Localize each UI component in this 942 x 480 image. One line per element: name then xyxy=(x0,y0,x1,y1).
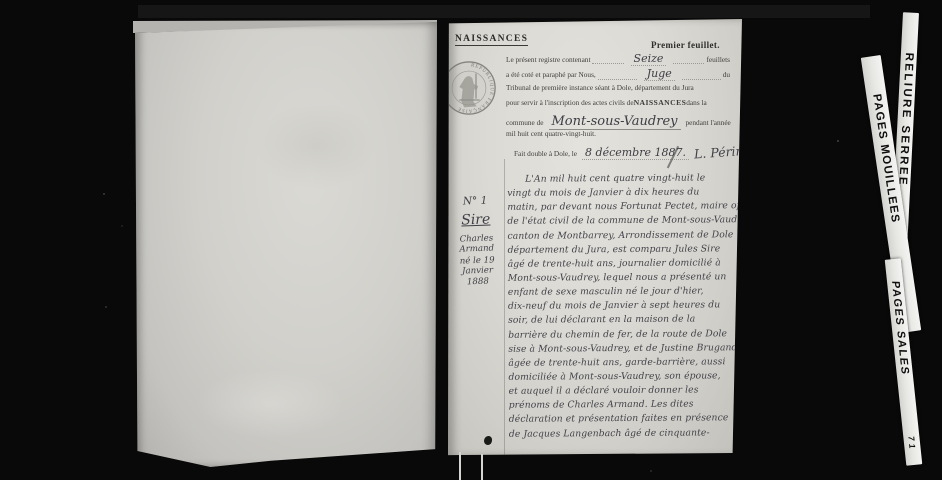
margin-note-line: Charles Armand xyxy=(449,234,505,256)
dotted-rule xyxy=(592,62,623,64)
form-line-4: pour servir à l'inscription des actes ci… xyxy=(506,98,730,113)
seal-base xyxy=(459,99,479,101)
handwritten-entry: Juge xyxy=(644,67,675,81)
printed-text: Le présent registre contenant xyxy=(506,55,590,64)
act-text-line: département du Jura, est comparu Jules S… xyxy=(508,242,736,258)
form-line-7: Fait double à Dole, le8 décembre 1887.L.… xyxy=(506,144,730,159)
dust-specks xyxy=(103,193,105,195)
act-text-line: domiciliée à Mont-sous-Vaudrey, son épou… xyxy=(508,369,736,385)
margin-rule-line xyxy=(504,159,505,457)
backdrop-edge xyxy=(138,5,870,18)
printed-text: commune de xyxy=(506,118,544,127)
margin-note-line: né le 19 Janvier xyxy=(450,256,506,278)
printed-text: a été coté et paraphé par Nous, xyxy=(506,70,596,79)
act-text-line: déclaration et présentation faites en pr… xyxy=(509,412,737,428)
act-text-line: et auquel il a déclaré vouloir donner le… xyxy=(509,383,737,399)
page-marker-ribbon xyxy=(459,452,461,480)
act-text-line: Mont-sous-Vaudrey, lequel nous a présent… xyxy=(508,270,736,286)
dotted-rule xyxy=(682,78,721,80)
printed-text: pour servir à l'inscription des actes ci… xyxy=(506,98,634,107)
strip-number: 71 xyxy=(906,435,918,451)
page-section-title: NAISSANCES xyxy=(455,34,528,46)
handwritten-entry: L. Périnioff xyxy=(694,142,767,162)
handwritten-entry: Seize xyxy=(631,52,667,66)
form-line-1: Le présent registre contenantSeizefeuill… xyxy=(506,52,730,67)
printed-text: feuillets xyxy=(706,55,730,64)
act-text-line: matin, par devant nous Fortunat Pectet, … xyxy=(507,199,735,215)
dotted-rule xyxy=(598,78,637,80)
photo-background: NAISSANCES Premier feuillet. RÉPUBLIQUE … xyxy=(0,0,942,480)
handwritten-entry: Mont-sous-Vaudrey xyxy=(549,114,681,130)
act-text-line: dix-neuf du mois de Janvier à sept heure… xyxy=(508,298,736,314)
form-line-6: mil huit cent quatre-vingt-huit. xyxy=(506,129,730,144)
page-stain xyxy=(256,101,376,191)
act-text-line: de l'état civil de la commune de Mont-so… xyxy=(507,214,735,230)
act-text-line: de Jacques Langenbach âgé de cinquante- xyxy=(509,426,737,442)
printed-text: pendant l'année xyxy=(686,118,731,127)
margin-note-line: N° 1 xyxy=(447,194,502,208)
label-strip-pages-sales: PAGES SALES 71 xyxy=(885,258,923,466)
act-text-line: barrière du chemin de fer, de la route d… xyxy=(508,327,736,343)
form-line-3: Tribunal de première instance séant à Do… xyxy=(506,83,730,98)
act-text-line: prénoms de Charles Armand. Les dites xyxy=(509,397,737,413)
printed-text: dans la xyxy=(686,98,706,107)
act-text-line: soir, de lui déclarant en la maison de l… xyxy=(508,313,736,329)
ink-blot xyxy=(484,436,492,445)
folio-label: Premier feuillet. xyxy=(651,40,720,50)
form-block: Le présent registre contenantSeizefeuill… xyxy=(506,52,730,160)
printed-text: NAISSANCES xyxy=(634,98,687,107)
act-text-line: âgé de trente-huit ans, journalier domic… xyxy=(508,256,736,272)
register-page: NAISSANCES Premier feuillet. RÉPUBLIQUE … xyxy=(448,19,742,456)
printed-text: Tribunal de première instance séant à Do… xyxy=(506,83,694,92)
page-marker-ribbon xyxy=(481,454,483,480)
act-text-line: enfant de sexe masculin né le jour d'hie… xyxy=(508,284,736,300)
act-text-line: vingt du mois de Janvier à dix heures du xyxy=(507,185,735,201)
form-line-5: commune deMont-sous-Vaudreypendant l'ann… xyxy=(506,114,730,129)
strip-label: RELIURE SERREE xyxy=(896,52,915,187)
act-text-line: âgée de trente-huit ans, garde-barrière,… xyxy=(508,355,736,371)
printed-text: du xyxy=(723,70,730,79)
margin-note-line: 1888 xyxy=(450,277,505,289)
page-stain xyxy=(195,369,345,439)
act-text-line: canton de Montbarrey, Arrondissement de … xyxy=(507,228,735,244)
printed-text: Fait double à Dole, le xyxy=(514,149,577,158)
form-line-2: a été coté et paraphé par Nous,Jugedu xyxy=(506,67,730,82)
act-text-line: L'An mil huit cent quatre vingt-huit le xyxy=(507,171,735,187)
margin-note-line: Sire xyxy=(448,211,504,229)
act-text-line: sise à Mont-sous-Vaudrey, et de Justine … xyxy=(508,341,736,357)
dotted-rule xyxy=(673,62,704,64)
margin-note: N° 1SireCharles Armandné le 19 Janvier18… xyxy=(447,194,505,288)
printed-text: mil huit cent quatre-vingt-huit. xyxy=(506,129,596,138)
republique-francaise-seal-stamp: RÉPUBLIQUE FRANÇAISE xyxy=(440,59,498,117)
left-blank-page xyxy=(135,21,437,467)
birth-act-text: L'An mil huit cent quatre vingt-huit lev… xyxy=(507,171,737,441)
